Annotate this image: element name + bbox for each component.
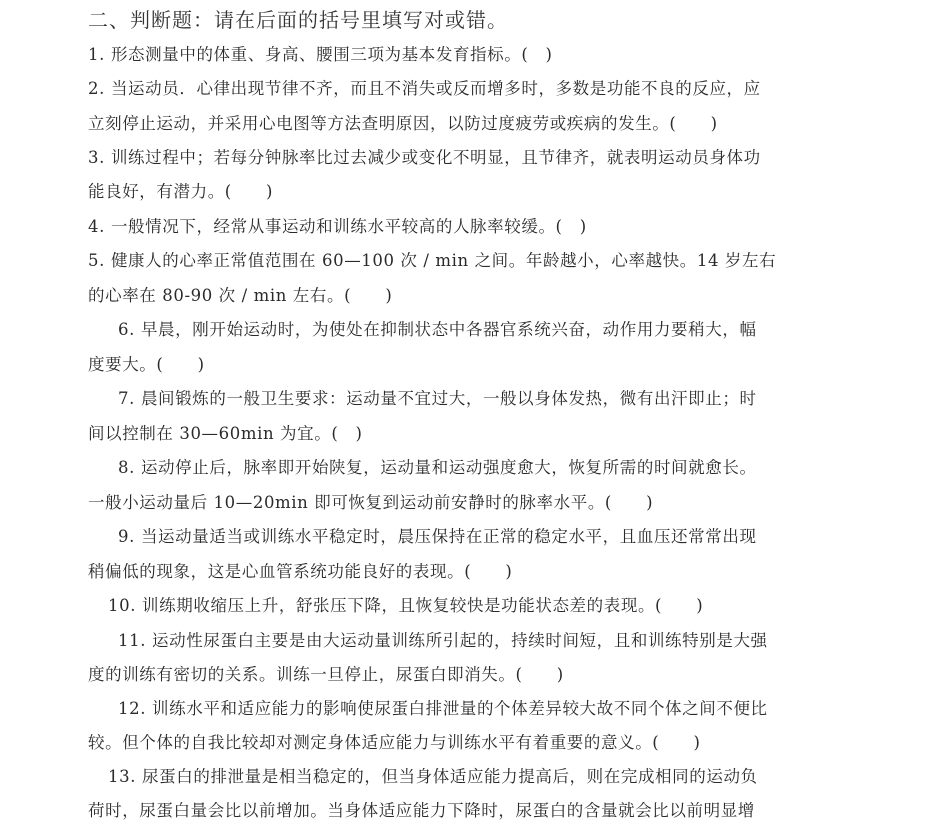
question-8: 8.运动停止后，脉率即开始陕复，运动量和运动强度愈大，恢复所需的时间就愈长。: [118, 458, 757, 478]
question-text: 晨间锻炼的一般卫生要求：运动量不宜过大，一般以身体发热，微有出汗即止；时: [141, 389, 757, 408]
question-text: 训练水平和适应能力的影响使尿蛋白排泄量的个体差异较大故不同个体之间不便比: [152, 699, 768, 718]
question-9-cont: 稍偏低的现象，这是心血管系统功能良好的表现。( ): [88, 562, 512, 582]
section-title: 二、判断题：请在后面的括号里填写对或错。: [88, 8, 508, 32]
question-number: 9.: [118, 527, 135, 546]
question-12: 12.训练水平和适应能力的影响使尿蛋白排泄量的个体差异较大故不同个体之间不便比: [118, 699, 768, 719]
question-8-cont: 一般小运动量后 10—20min 即可恢复到运动前安静时的脉率水平。( ): [88, 493, 653, 513]
question-7-cont: 间以控制在 30—60min 为宜。( ): [88, 424, 363, 444]
question-text: 当运动员．心律出现节律不齐，而且不消失或反而增多时，多数是功能不良的反应，应: [111, 79, 761, 98]
question-13: 13.尿蛋白的排泄量是相当稳定的，但当身体适应能力提高后，则在完成相同的运动负: [108, 767, 758, 787]
question-number: 4.: [88, 217, 105, 236]
question-number: 10.: [108, 596, 136, 615]
question-13-cont: 荷时，尿蛋白量会比以前增加。当身体适应能力下降时，尿蛋白的含量就会比以前明显增: [88, 801, 755, 821]
question-7: 7.晨间锻炼的一般卫生要求：运动量不宜过大，一般以身体发热，微有出汗即止；时: [118, 389, 757, 409]
question-text: 一般情况下，经常从事运动和训练水平较高的人脉率较缓。( ): [111, 217, 587, 236]
question-number: 3.: [88, 148, 105, 167]
question-text: 早晨，刚开始运动时，为使处在抑制状态中各器官系统兴奋，动作用力要稍大，幅: [141, 320, 757, 339]
question-6: 6.早晨，刚开始运动时，为使处在抑制状态中各器官系统兴奋，动作用力要稍大，幅: [118, 320, 757, 340]
question-2: 2.当运动员．心律出现节律不齐，而且不消失或反而增多时，多数是功能不良的反应，应: [88, 79, 761, 99]
question-number: 1.: [88, 45, 105, 64]
question-number: 6.: [118, 320, 135, 339]
question-number: 11.: [118, 631, 146, 650]
question-3-cont: 能良好，有潜力。( ): [88, 182, 273, 202]
question-9: 9.当运动量适当或训练水平稳定时，晨压保持在正常的稳定水平，且血压还常常出现: [118, 527, 757, 547]
question-3: 3.训练过程中；若每分钟脉率比过去减少或变化不明显，且节律齐，就表明运动员身体功: [88, 148, 761, 168]
question-4: 4.一般情况下，经常从事运动和训练水平较高的人脉率较缓。( ): [88, 217, 587, 237]
question-text: 形态测量中的体重、身高、腰围三项为基本发育指标。( ): [111, 45, 553, 64]
question-number: 8.: [118, 458, 135, 477]
question-text: 健康人的心率正常值范围在 60—100 次 / min 之间。年龄越小，心率越快…: [111, 251, 776, 270]
question-text: 训练期收缩压上升，舒张压下降，且恢复较快是功能状态差的表现。( ): [142, 596, 703, 615]
question-11: 11.运动性尿蛋白主要是由大运动量训练所引起的，持续时间短，且和训练特别是大强: [118, 631, 768, 651]
question-text: 运动性尿蛋白主要是由大运动量训练所引起的，持续时间短，且和训练特别是大强: [152, 631, 768, 650]
question-6-cont: 度要大。( ): [88, 355, 205, 375]
question-number: 12.: [118, 699, 146, 718]
question-5: 5.健康人的心率正常值范围在 60—100 次 / min 之间。年龄越小，心率…: [88, 251, 776, 271]
question-text: 尿蛋白的排泄量是相当稳定的，但当身体适应能力提高后，则在完成相同的运动负: [142, 767, 758, 786]
exam-page: 二、判断题：请在后面的括号里填写对或错。 1.形态测量中的体重、身高、腰围三项为…: [0, 0, 927, 828]
question-number: 13.: [108, 767, 136, 786]
question-number: 2.: [88, 79, 105, 98]
question-text: 训练过程中；若每分钟脉率比过去减少或变化不明显，且节律齐，就表明运动员身体功: [111, 148, 761, 167]
question-11-cont: 度的训练有密切的关系。训练一旦停止，尿蛋白即消失。( ): [88, 665, 564, 685]
question-10: 10.训练期收缩压上升，舒张压下降，且恢复较快是功能状态差的表现。( ): [108, 596, 703, 616]
question-number: 7.: [118, 389, 135, 408]
question-1: 1.形态测量中的体重、身高、腰围三项为基本发育指标。( ): [88, 45, 553, 65]
question-12-cont: 较。但个体的自我比较却对测定身体适应能力与训练水平有着重要的意义。( ): [88, 733, 701, 753]
question-5-cont: 的心率在 80-90 次 / min 左右。( ): [88, 286, 392, 306]
question-text: 运动停止后，脉率即开始陕复，运动量和运动强度愈大，恢复所需的时间就愈长。: [141, 458, 757, 477]
question-text: 当运动量适当或训练水平稳定时，晨压保持在正常的稳定水平，且血压还常常出现: [141, 527, 757, 546]
question-number: 5.: [88, 251, 105, 270]
question-2-cont: 立刻停止运动，并采用心电图等方法查明原因，以防过度疲劳或疾病的发生。( ): [88, 114, 718, 134]
